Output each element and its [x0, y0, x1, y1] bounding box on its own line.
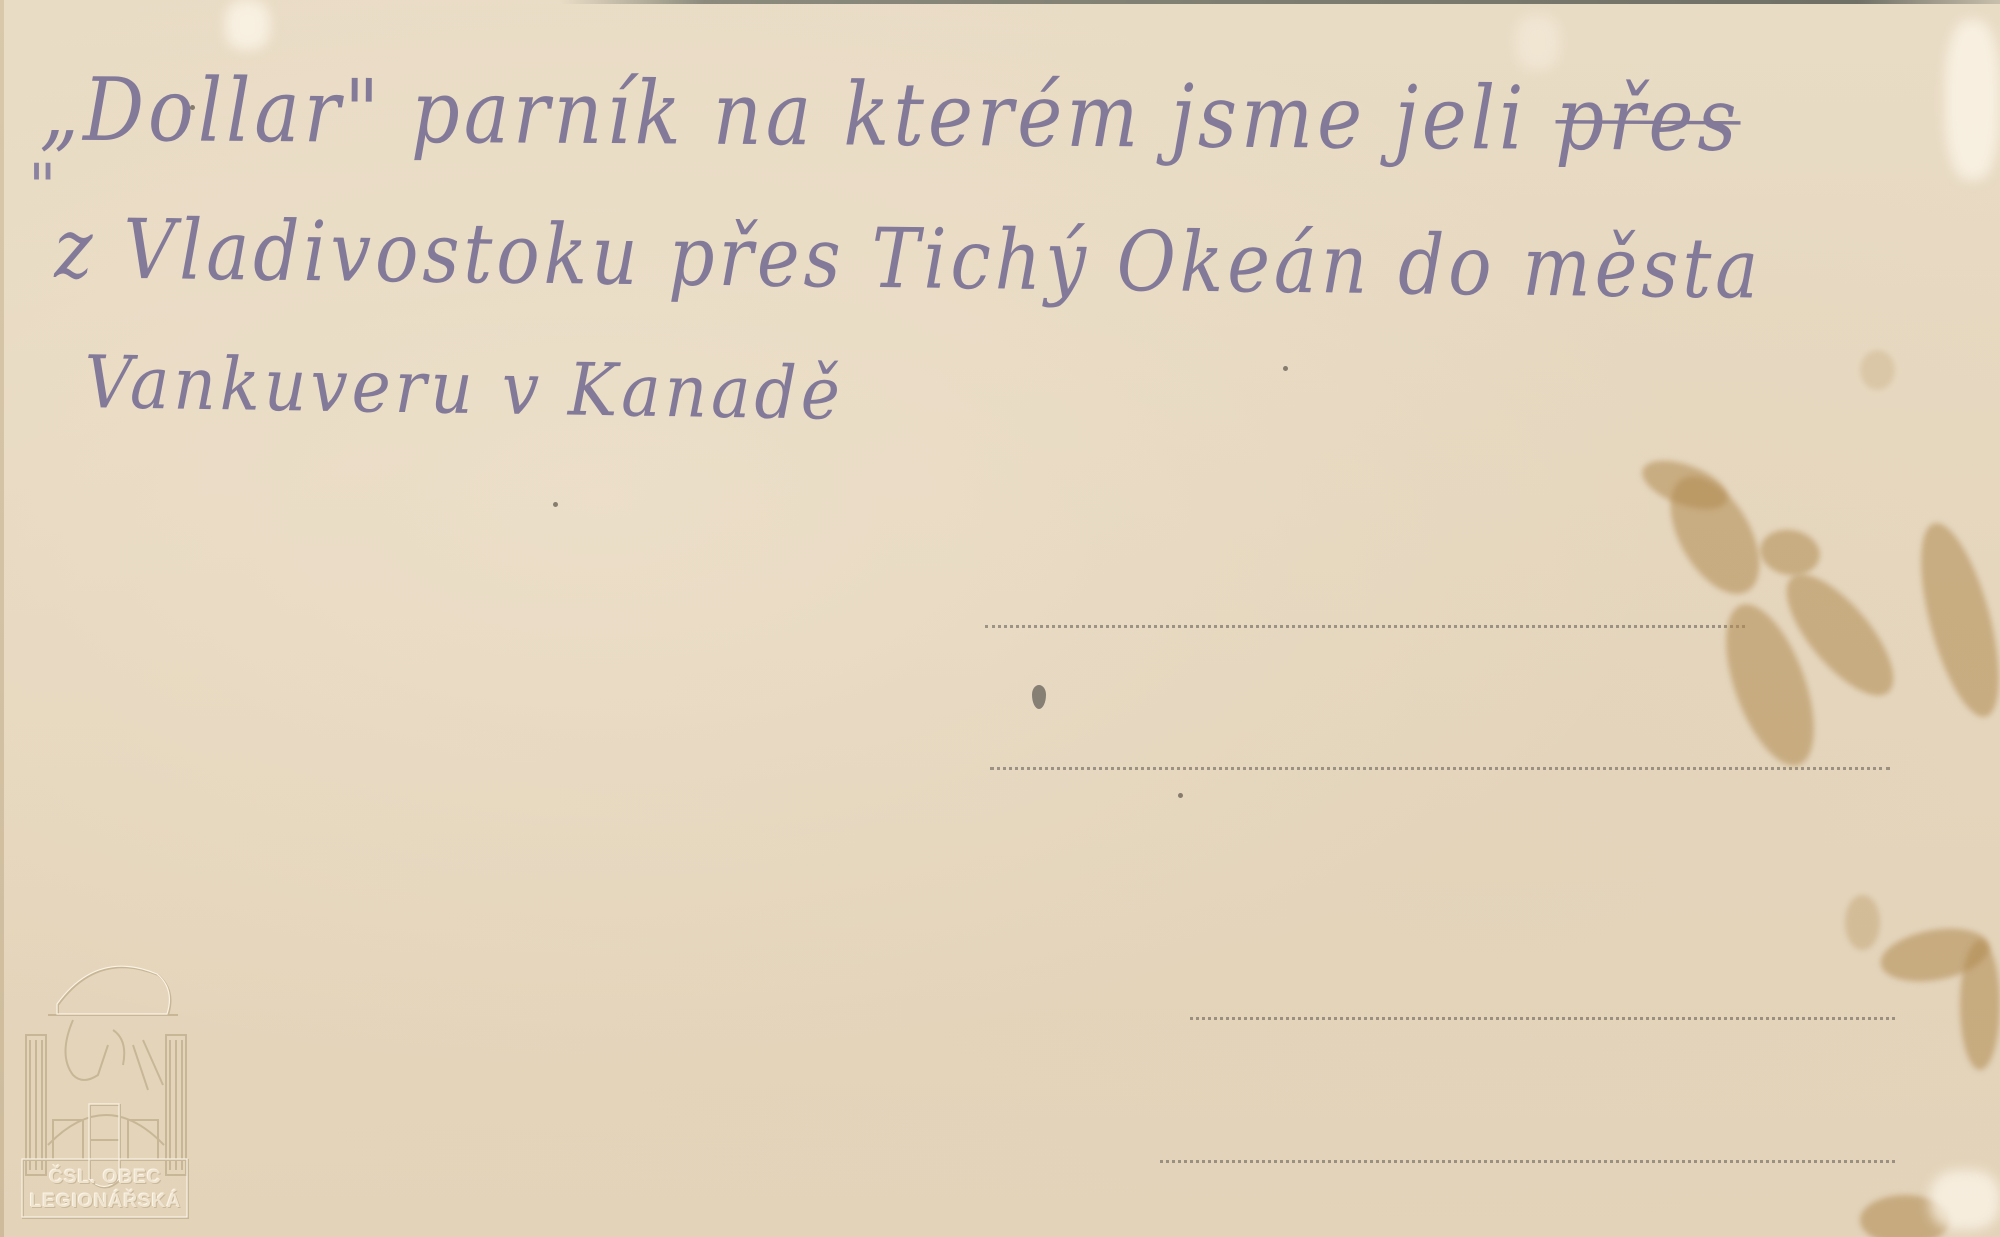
stain	[1757, 525, 1824, 580]
dirt-dot	[1283, 366, 1288, 371]
paper-abrasion	[1945, 20, 2000, 180]
open-quote: „	[40, 58, 84, 161]
stain	[1845, 895, 1880, 950]
stain	[1860, 350, 1895, 390]
dirt-dot	[190, 105, 195, 110]
address-line-2	[990, 767, 1890, 770]
dirt-dot	[1178, 793, 1183, 798]
stain	[1960, 940, 2000, 1070]
emboss-seal: ČSL. OBEC LEGIONÁŘSKÁ	[18, 945, 193, 1220]
struck-word: přes	[1555, 67, 1740, 170]
paper-abrasion	[225, 0, 270, 50]
paper-abrasion	[1515, 15, 1560, 70]
handwritten-text: z Vladivostoku přes Tichý Okeán do města	[54, 200, 1763, 317]
address-line-3	[1190, 1017, 1895, 1020]
ink-speck	[1032, 685, 1046, 709]
handwritten-text: Vankuveru v Kanadě	[84, 340, 844, 436]
card-edge-left	[0, 0, 4, 1237]
ditto-quote-mark: "	[28, 150, 57, 223]
handwritten-text: Dollar" parník na kterém jsme jeli	[83, 58, 1528, 169]
seal-text-line-2: LEGIONÁŘSKÁ	[18, 1191, 193, 1213]
stain	[1905, 516, 2000, 725]
handwritten-line-3: Vankuveru v Kanadě	[84, 340, 844, 436]
photo-edge-top	[560, 0, 2000, 4]
handwritten-line-1: „Dollar" parník na kterém jsme jeli přes	[40, 58, 1741, 171]
paper-abrasion	[1930, 1170, 2000, 1230]
dirt-dot	[553, 502, 558, 507]
postcard-back: „Dollar" parník na kterém jsme jeli přes…	[0, 0, 2000, 1237]
handwritten-line-2: z Vladivostoku přes Tichý Okeán do města	[54, 200, 1763, 317]
address-line-1	[985, 625, 1745, 628]
seal-text-line-1: ČSL. OBEC	[18, 1167, 193, 1189]
address-line-4	[1160, 1160, 1895, 1163]
